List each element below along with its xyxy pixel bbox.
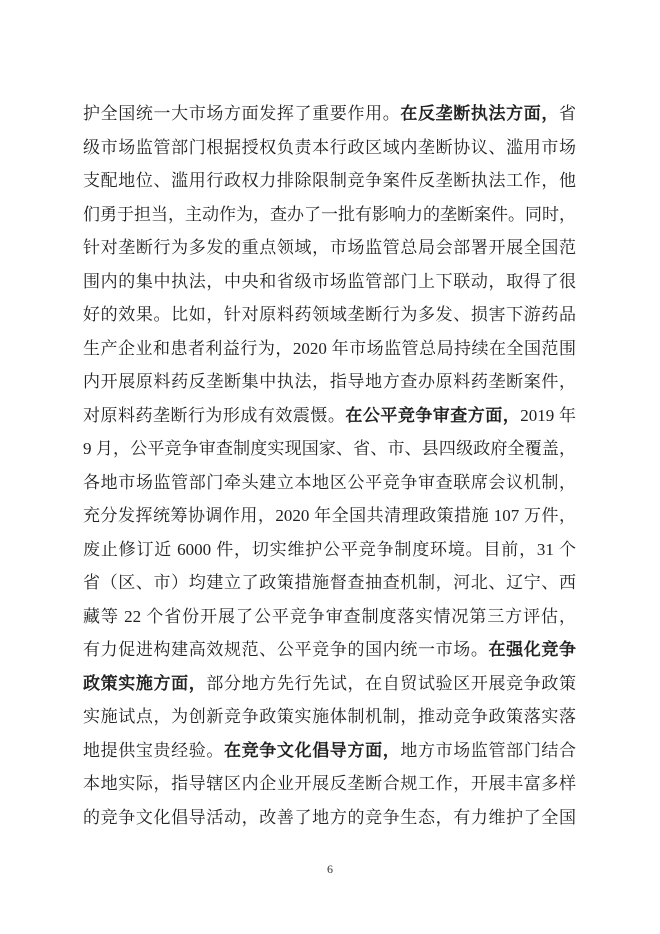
document-page: 护全国统一大市场方面发挥了重要作用。在反垄断执法方面，省级市场监管部门根据授权负… xyxy=(0,0,660,934)
page-footer: 6 xyxy=(0,860,660,878)
text-segment: 对原料药垄断行为形成有效震慑。 xyxy=(83,406,345,425)
bold-text-segment: 在反垄断执法方面， xyxy=(400,104,559,123)
text-segment: 实施试点，为创新竞争政策实施体制机制，推动竞争政策落实落 xyxy=(83,707,576,726)
text-line: 废止修订近 6000 件，切实维护公平竞争制度环境。目前，31 个 xyxy=(83,533,576,567)
text-segment: 生产企业和患者利益行为，2020 年市场监管总局持续在全国范围 xyxy=(83,339,576,358)
text-segment: 地提供宝贵经验。 xyxy=(83,741,224,760)
text-segment: 省 xyxy=(559,104,576,123)
bold-text-segment: 在公平竞争审查方面， xyxy=(345,406,520,425)
body-text: 护全国统一大市场方面发挥了重要作用。在反垄断执法方面，省级市场监管部门根据授权负… xyxy=(83,97,576,834)
text-line: 各地市场监管部门牵头建立本地区公平竞争审查联席会议机制， xyxy=(83,466,576,500)
text-segment: 藏等 22 个省份开展了公平竞争审查制度落实情况第三方评估， xyxy=(83,607,576,626)
text-line: 护全国统一大市场方面发挥了重要作用。在反垄断执法方面，省 xyxy=(83,97,576,131)
text-line: 生产企业和患者利益行为，2020 年市场监管总局持续在全国范围 xyxy=(83,332,576,366)
text-line: 地提供宝贵经验。在竞争文化倡导方面，地方市场监管部门结合 xyxy=(83,734,576,768)
text-line: 藏等 22 个省份开展了公平竞争审查制度落实情况第三方评估， xyxy=(83,600,576,634)
text-segment: 9 月，公平竞争审查制度实现国家、省、市、县四级政府全覆盖， xyxy=(83,439,576,458)
text-segment: 针对垄断行为多发的重点领域，市场监管总局会部署开展全国范 xyxy=(83,238,576,257)
text-line: 们勇于担当，主动作为，查办了一批有影响力的垄断案件。同时， xyxy=(83,198,576,232)
text-segment: 们勇于担当，主动作为，查办了一批有影响力的垄断案件。同时， xyxy=(83,205,576,224)
text-segment: 级市场监管部门根据授权负责本行政区域内垄断协议、滥用市场 xyxy=(83,138,576,157)
text-line: 本地实际，指导辖区内企业开展反垄断合规工作，开展丰富多样 xyxy=(83,767,576,801)
bold-text-segment: 在竞争文化倡导方面， xyxy=(224,741,400,760)
text-segment: 好的效果。比如，针对原料药领域垄断行为多发、损害下游药品 xyxy=(83,305,576,324)
text-line: 的竞争文化倡导活动，改善了地方的竞争生态，有力维护了全国 xyxy=(83,801,576,835)
text-segment: 充分发挥统筹协调作用，2020 年全国共清理政策措施 107 万件， xyxy=(83,506,576,525)
text-line: 对原料药垄断行为形成有效震慑。在公平竞争审查方面，2019 年 xyxy=(83,399,576,433)
text-segment: 的竞争文化倡导活动，改善了地方的竞争生态，有力维护了全国 xyxy=(83,808,576,827)
text-line: 有力促进构建高效规范、公平竞争的国内统一市场。在强化竞争 xyxy=(83,633,576,667)
text-segment: 2019 年 xyxy=(520,406,576,425)
text-segment: 本地实际，指导辖区内企业开展反垄断合规工作，开展丰富多样 xyxy=(83,774,576,793)
page-number: 6 xyxy=(327,862,333,876)
text-segment: 内开展原料药反垄断集中执法，指导地方查办原料药垄断案件， xyxy=(83,372,576,391)
text-segment: 护全国统一大市场方面发挥了重要作用。 xyxy=(83,104,400,123)
text-line: 针对垄断行为多发的重点领域，市场监管总局会部署开展全国范 xyxy=(83,231,576,265)
text-line: 9 月，公平竞争审查制度实现国家、省、市、县四级政府全覆盖， xyxy=(83,432,576,466)
text-line: 好的效果。比如，针对原料药领域垄断行为多发、损害下游药品 xyxy=(83,298,576,332)
text-segment: 废止修订近 6000 件，切实维护公平竞争制度环境。目前，31 个 xyxy=(83,540,576,559)
bold-text-segment: 在强化竞争 xyxy=(488,640,576,659)
text-segment: 地方市场监管部门结合 xyxy=(400,741,576,760)
text-line: 支配地位、滥用行政权力排除限制竞争案件反垄断执法工作，他 xyxy=(83,164,576,198)
bold-text-segment: 政策实施方面， xyxy=(83,674,206,693)
text-segment: 支配地位、滥用行政权力排除限制竞争案件反垄断执法工作，他 xyxy=(83,171,576,190)
text-line: 实施试点，为创新竞争政策实施体制机制，推动竞争政策落实落 xyxy=(83,700,576,734)
text-line: 政策实施方面，部分地方先行先试，在自贸试验区开展竞争政策 xyxy=(83,667,576,701)
text-line: 充分发挥统筹协调作用，2020 年全国共清理政策措施 107 万件， xyxy=(83,499,576,533)
text-segment: 围内的集中执法，中央和省级市场监管部门上下联动，取得了很 xyxy=(83,272,576,291)
text-line: 内开展原料药反垄断集中执法，指导地方查办原料药垄断案件， xyxy=(83,365,576,399)
text-segment: 部分地方先行先试，在自贸试验区开展竞争政策 xyxy=(206,674,576,693)
text-segment: 省（区、市）均建立了政策措施督查抽查机制，河北、辽宁、西 xyxy=(83,573,576,592)
text-line: 省（区、市）均建立了政策措施督查抽查机制，河北、辽宁、西 xyxy=(83,566,576,600)
text-line: 级市场监管部门根据授权负责本行政区域内垄断协议、滥用市场 xyxy=(83,131,576,165)
text-line: 围内的集中执法，中央和省级市场监管部门上下联动，取得了很 xyxy=(83,265,576,299)
text-segment: 有力促进构建高效规范、公平竞争的国内统一市场。 xyxy=(83,640,488,659)
text-segment: 各地市场监管部门牵头建立本地区公平竞争审查联席会议机制， xyxy=(83,473,576,492)
